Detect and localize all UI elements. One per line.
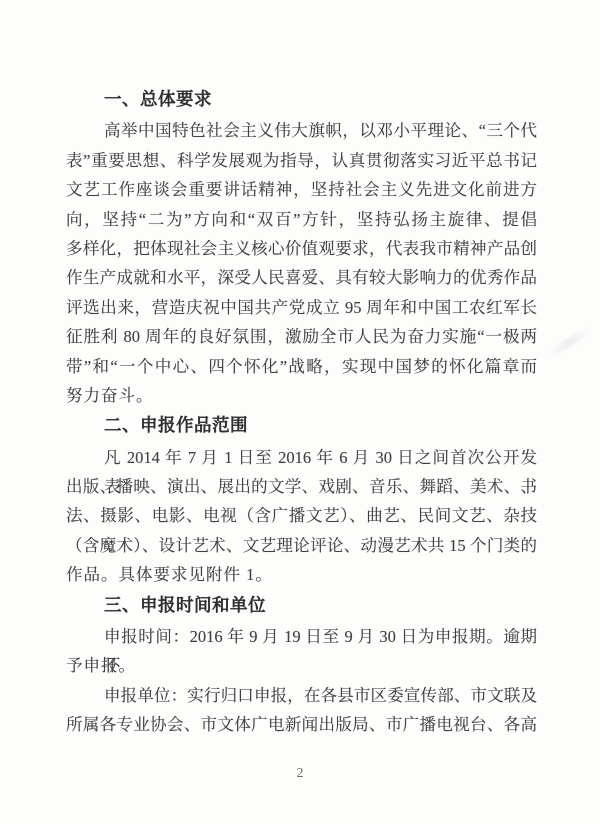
body-line: 予申报。: [66, 651, 537, 680]
body-line: （含魔术）、设计艺术、文艺理论评论、动漫艺术共 15 个门类的: [66, 531, 537, 560]
body-line: 出版、播映、演出、展出的文学、戏剧、音乐、舞蹈、美术、书: [66, 472, 537, 501]
body-line: 征胜利 80 周年的良好氛围，激励全市人民为奋力实施“一极两: [66, 322, 537, 351]
body-line: 作生产成就和水平，深受人民喜爱、具有较大影响力的优秀作品: [66, 263, 537, 292]
document-body: 一、总体要求 高举中国特色社会主义伟大旗帜，以邓小平理论、“三个代 表”重要思想…: [66, 84, 537, 740]
body-line: 向，坚持“二为”方向和“双百”方针，坚持弘扬主旋律、提倡: [66, 205, 537, 234]
scanned-document-page: 一、总体要求 高举中国特色社会主义伟大旗帜，以邓小平理论、“三个代 表”重要思想…: [0, 0, 600, 824]
body-line: 凡 2014 年 7 月 1 日至 2016 年 6 月 30 日之间首次公开发…: [66, 443, 537, 472]
body-line: 高举中国特色社会主义伟大旗帜，以邓小平理论、“三个代: [66, 116, 537, 145]
scan-smudge-artifact: [545, 325, 594, 360]
body-line: 作品。具体要求见附件 1。: [66, 560, 537, 589]
page-number: 2: [0, 765, 600, 781]
heading-overall-requirements: 一、总体要求: [66, 86, 537, 115]
body-line: 努力奋斗。: [66, 381, 537, 410]
body-line: 表”重要思想、科学发展观为指导，认真贯彻落实习近平总书记: [66, 146, 537, 175]
body-line: 多样化，把体现社会主义核心价值观要求，代表我市精神产品创: [66, 234, 537, 263]
body-line: 评选出来，营造庆祝中国共产党成立 95 周年和中国工农红军长: [66, 293, 537, 322]
body-line: 申报单位：实行归口申报，在各县市区委宣传部、市文联及: [66, 681, 537, 710]
heading-time-and-units: 三、申报时间和单位: [66, 592, 537, 621]
body-line: 带”和“一个中心、四个怀化”战略，实现中国梦的怀化篇章而: [66, 352, 537, 381]
body-line: 法、摄影、电影、电视（含广播文艺）、曲艺、民间文艺、杂技: [66, 501, 537, 530]
heading-scope-of-works: 二、申报作品范围: [66, 412, 537, 441]
body-line: 申报时间：2016 年 9 月 19 日至 9 月 30 日为申报期。逾期不: [66, 622, 537, 651]
body-line: 文艺工作座谈会重要讲话精神，坚持社会主义先进文化前进方: [66, 175, 537, 204]
body-line: 所属各专业协会、市文体广电新闻出版局、市广播电视台、各高: [66, 710, 537, 739]
